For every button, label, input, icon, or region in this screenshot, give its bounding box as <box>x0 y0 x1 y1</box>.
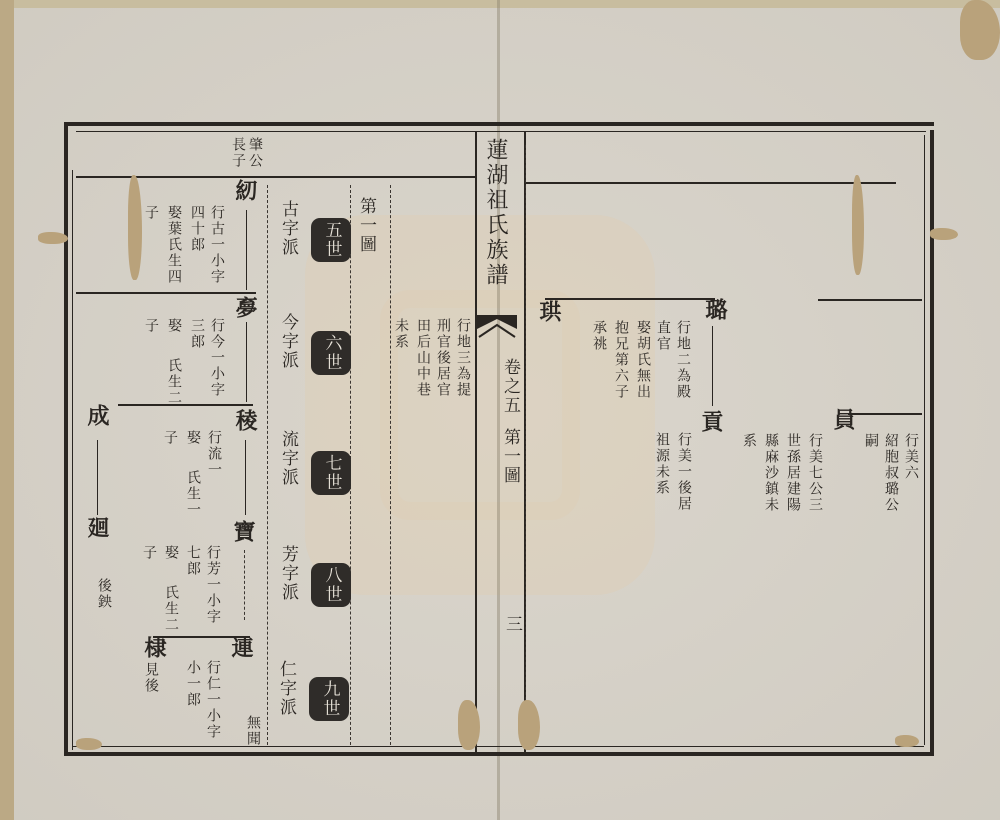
generation-badge-9: 九世 <box>309 677 349 721</box>
inner-note: 刑官後居官 <box>436 318 450 398</box>
person-note: 祖源未系 <box>655 432 669 496</box>
person-note: 系 <box>742 433 756 449</box>
person-note: 行芳一小字 <box>206 545 220 625</box>
branch-label-5: 古字派 <box>279 200 296 257</box>
person-note: 抱兄第六子 <box>614 320 628 400</box>
person-note: 子 <box>163 430 177 446</box>
branch-label-6: 今字派 <box>279 313 296 370</box>
frame-inner-top <box>76 131 926 132</box>
person-note: 縣麻沙鎮未 <box>764 433 778 513</box>
right-header-rule <box>526 182 896 184</box>
person-note: 氏生二 <box>167 358 181 406</box>
frame-inner-left <box>72 170 73 750</box>
person-note: 子 <box>144 318 158 334</box>
person-note: 七郎 <box>186 545 200 577</box>
person-note: 紹胞叔璐公 <box>884 433 898 513</box>
frame-inner-right <box>924 135 925 745</box>
person-name-hui: 廻 <box>86 516 108 540</box>
lineage-connector <box>545 298 715 300</box>
lineage-connector <box>818 299 922 301</box>
person-note: 娶 <box>186 430 200 446</box>
paper-stain <box>518 700 540 750</box>
generation-rule-right <box>390 185 391 745</box>
person-note: 直官 <box>656 320 670 352</box>
person-name-cheng: 成 <box>86 404 108 428</box>
lineage-connector <box>118 404 253 406</box>
frame-left-border <box>64 122 68 756</box>
lineage-connector <box>246 322 247 402</box>
person-note: 子 <box>142 545 156 561</box>
page-number: 三 <box>503 615 520 634</box>
person-name-ren: 紉 <box>234 179 256 203</box>
lineage-connector <box>97 440 98 515</box>
volume-label: 卷之五 <box>501 358 518 415</box>
person-note: 氏生一 <box>186 470 200 518</box>
section-label: 第一圖 <box>357 197 374 254</box>
person-name-lu: 璐 <box>704 298 726 322</box>
person-note: 嗣 <box>864 433 878 449</box>
person-note: 後鉠 <box>97 578 111 610</box>
chart-label: 第一圖 <box>501 428 518 485</box>
page-top-edge <box>0 0 1000 8</box>
right-inner-rule <box>525 145 526 745</box>
frame-bottom-border <box>68 752 934 756</box>
person-name-gong2: 貢 <box>700 410 722 434</box>
person-name-yuan: 員 <box>832 408 854 432</box>
person-note: 世孫居建陽 <box>786 433 800 513</box>
person-note: 三郎 <box>190 318 204 350</box>
lineage-connector <box>245 440 246 515</box>
top-note-line1: 肇公 <box>248 137 262 169</box>
branch-label-9: 仁字派 <box>277 660 294 717</box>
frame-inner-bottom <box>72 746 924 747</box>
person-note: 子 <box>144 205 158 221</box>
branch-label-8: 芳字派 <box>279 545 296 602</box>
person-note: 見後 <box>144 662 158 694</box>
person-note: 行流一 <box>207 430 221 478</box>
person-name-gong: 珙 <box>538 300 560 324</box>
person-note: 娶 <box>164 545 178 561</box>
fishtail-mark-icon <box>477 315 517 345</box>
person-note: 行美七公三 <box>808 433 822 513</box>
frame-right-border <box>930 130 934 756</box>
top-note-line2: 長子 <box>231 137 245 169</box>
person-name-lian: 連 <box>230 636 252 660</box>
book-title: 蓮湖祖氏族譜 <box>484 138 506 288</box>
lineage-connector <box>712 326 713 406</box>
person-note: 小一郎 <box>186 660 200 708</box>
center-column-left <box>475 132 477 752</box>
person-name-meng: 夣 <box>234 296 256 320</box>
person-note: 行仁一小字 <box>206 660 220 740</box>
person-note: 娶 <box>167 318 181 334</box>
person-note: 行今一小字 <box>210 318 224 398</box>
generation-rule-left <box>267 185 268 745</box>
person-note: 娶胡氏無出 <box>636 320 650 400</box>
lineage-connector <box>246 210 247 290</box>
generation-badge-6: 六世 <box>311 331 351 375</box>
person-name-leng: 稜 <box>234 409 256 433</box>
lineage-connector <box>76 292 256 294</box>
inner-note: 田后山中巷 <box>416 318 430 398</box>
paper-stain <box>38 232 68 244</box>
generation-badge-5: 五世 <box>311 218 351 262</box>
lineage-connector <box>244 550 245 620</box>
generation-badge-8: 八世 <box>311 563 351 607</box>
paper-stain <box>895 735 919 747</box>
branch-label-7: 流字派 <box>279 430 296 487</box>
person-name-bao: 寶 <box>232 520 254 544</box>
person-note: 無聞 <box>246 715 260 747</box>
person-note: 四十郎 <box>190 205 204 253</box>
person-note: 承祧 <box>592 320 606 352</box>
person-note: 氏生二 <box>164 585 178 633</box>
paper-stain <box>930 228 958 240</box>
paper-stain <box>76 738 102 750</box>
person-note: 行美一後居 <box>677 432 691 512</box>
lineage-connector <box>848 413 922 415</box>
person-note: 行美六 <box>904 433 918 481</box>
paper-stain <box>458 700 480 750</box>
inner-note: 未系 <box>394 318 408 350</box>
generation-badge-7: 七世 <box>311 451 351 495</box>
person-note: 行古一小字 <box>210 205 224 285</box>
person-name-di: 棣 <box>143 636 165 660</box>
inner-note: 行地三為提 <box>456 318 470 398</box>
person-note: 娶葉氏生四 <box>167 205 181 285</box>
person-note: 行地二為殿 <box>676 320 690 400</box>
frame-top-border <box>64 122 934 126</box>
page-left-edge <box>0 0 14 820</box>
